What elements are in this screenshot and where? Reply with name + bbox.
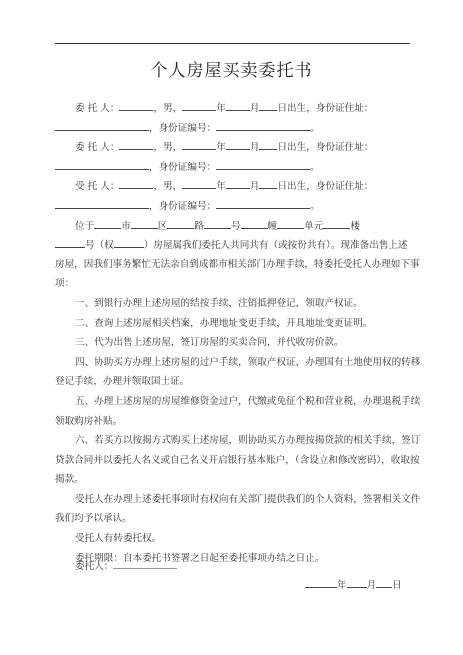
property-line-4: 项： bbox=[55, 274, 410, 294]
birth-day-blank[interactable] bbox=[259, 98, 277, 111]
header-rule bbox=[55, 43, 410, 44]
ownership-text: ）房屋属我们委托人共同共有（或按份共有）。现准备出售上述 bbox=[144, 240, 408, 251]
item-1: 一、到银行办理上述房屋的结按手续，注销抵押登记，领取产权证。 bbox=[55, 294, 410, 314]
number-label: 号 bbox=[231, 221, 241, 232]
month-label: 月 bbox=[250, 103, 260, 114]
name-blank[interactable] bbox=[119, 176, 153, 189]
year-label: 年 bbox=[216, 181, 226, 192]
year-label: 年 bbox=[216, 142, 226, 153]
unit-label: 单元 bbox=[304, 221, 323, 232]
road-blank[interactable] bbox=[167, 216, 194, 229]
district-label: 区 bbox=[158, 221, 168, 232]
birth-month-blank[interactable] bbox=[226, 98, 250, 111]
room-label: 号（权 bbox=[85, 240, 114, 251]
item-3: 三、代为出售上述房屋，签订房屋的买卖合同，并代收房价款。 bbox=[55, 333, 410, 353]
item-2: 二、查询上述房屋相关档案，办理地址变更手续，开具地址变更证明。 bbox=[55, 314, 410, 334]
authority-paragraph: 受托人在办理上述委托事项时有权向有关部门提供我们的个人资料，签署相关文件 bbox=[55, 490, 410, 510]
principal-2-line-2: ，身份证编号：。 bbox=[55, 157, 410, 177]
property-line-1: 位于市区路号幢单元楼 bbox=[55, 216, 410, 236]
floor-blank[interactable] bbox=[323, 216, 350, 229]
date-month-blank[interactable] bbox=[347, 575, 367, 588]
period: 。 bbox=[310, 201, 320, 212]
principal-1-line-1: 委 托 人：，男，年月日出生，身份证住址： bbox=[55, 98, 410, 118]
signature-label: 委托人： bbox=[75, 561, 113, 572]
item-4-cont: 登记手续，办理并领取国土证。 bbox=[55, 372, 410, 392]
principal-label: 委 托 人： bbox=[75, 142, 119, 153]
building-blank[interactable] bbox=[241, 216, 268, 229]
name-blank[interactable] bbox=[119, 98, 153, 111]
item-5: 五、办理上述房屋的房屋维修资金过户，代缴或免征个税和营业税，办理退税手续 bbox=[55, 392, 410, 412]
building-label: 幢 bbox=[268, 221, 278, 232]
item-4: 四、协助买方办理上述房屋的过户手续，领取产权证，办理国有土地使用权的转移 bbox=[55, 353, 410, 373]
district-blank[interactable] bbox=[131, 216, 158, 229]
item-6-cont-1: 贷款合同并以委托人名义或自己名义开启银行基本账户，（含设立和修改密码），收取按 bbox=[55, 451, 410, 471]
agent-line-2: ，身份证编号：。 bbox=[55, 196, 410, 216]
id-number-blank[interactable] bbox=[216, 118, 310, 131]
floor-label: 楼 bbox=[350, 221, 360, 232]
room-blank[interactable] bbox=[55, 235, 85, 248]
period: 。 bbox=[310, 123, 320, 134]
birth-day-blank[interactable] bbox=[259, 137, 277, 150]
birth-year-blank[interactable] bbox=[182, 98, 216, 111]
unit-blank[interactable] bbox=[277, 216, 304, 229]
road-label: 路 bbox=[194, 221, 204, 232]
number-blank[interactable] bbox=[204, 216, 231, 229]
sub-delegation-paragraph: 受托人有转委托权。 bbox=[55, 529, 410, 549]
item-6-cont-2: 揭款。 bbox=[55, 470, 410, 490]
agent-line-1: 受 托 人：，男，年月日出生，身份证住址： bbox=[55, 176, 410, 196]
birth-year-blank[interactable] bbox=[182, 137, 216, 150]
sex-text: ，男， bbox=[153, 142, 182, 153]
birth-address-label: 日出生，身份证住址： bbox=[277, 181, 373, 192]
year-label: 年 bbox=[216, 103, 226, 114]
date-line: 年月日 bbox=[305, 575, 402, 591]
property-line-3: 房屋，因我们事务繁忙无法亲自到成都市相关部门办理手续，特委托受托人办理如下事 bbox=[55, 255, 410, 275]
city-blank[interactable] bbox=[94, 216, 121, 229]
address-blank[interactable] bbox=[55, 118, 149, 131]
date-month-label: 月 bbox=[367, 580, 377, 591]
sex-text: ，男， bbox=[153, 181, 182, 192]
principal-label: 委 托 人： bbox=[75, 103, 119, 114]
id-label: ，身份证编号： bbox=[149, 123, 216, 134]
item-5-cont: 领取购房补贴。 bbox=[55, 412, 410, 432]
document-body: 委 托 人：，男，年月日出生，身份证住址： ，身份证编号：。 委 托 人：，男，… bbox=[55, 98, 410, 568]
month-label: 月 bbox=[250, 181, 260, 192]
birth-address-label: 日出生，身份证住址： bbox=[277, 142, 373, 153]
sex-text: ，男， bbox=[153, 103, 182, 114]
city-label: 市 bbox=[121, 221, 131, 232]
birth-address-label: 日出生，身份证住址： bbox=[277, 103, 373, 114]
birth-month-blank[interactable] bbox=[226, 176, 250, 189]
id-label: ，身份证编号： bbox=[149, 162, 216, 173]
date-day-blank[interactable] bbox=[376, 575, 392, 588]
principal-2-line-1: 委 托 人：，男，年月日出生，身份证住址： bbox=[55, 137, 410, 157]
signature-line: 委托人： bbox=[75, 556, 177, 572]
id-label: ，身份证编号： bbox=[149, 201, 216, 212]
id-number-blank[interactable] bbox=[216, 157, 310, 170]
agent-label: 受 托 人： bbox=[75, 181, 119, 192]
item-6: 六、若买方以按揭方式购买上述房屋，则协助买方办理按揭贷款的相关手续，签订 bbox=[55, 431, 410, 451]
birth-year-blank[interactable] bbox=[182, 176, 216, 189]
address-blank[interactable] bbox=[55, 196, 149, 209]
located-label: 位于 bbox=[75, 221, 94, 232]
date-day-label: 日 bbox=[392, 580, 402, 591]
address-blank[interactable] bbox=[55, 157, 149, 170]
birth-day-blank[interactable] bbox=[259, 176, 277, 189]
month-label: 月 bbox=[250, 142, 260, 153]
name-blank[interactable] bbox=[119, 137, 153, 150]
signature-blank[interactable] bbox=[113, 556, 177, 569]
property-line-2: 号（权）房屋属我们委托人共同共有（或按份共有）。现准备出售上述 bbox=[55, 235, 410, 255]
principal-1-line-2: ，身份证编号：。 bbox=[55, 118, 410, 138]
id-number-blank[interactable] bbox=[216, 196, 310, 209]
authority-paragraph-cont: 我们均予以承认。 bbox=[55, 509, 410, 529]
period: 。 bbox=[310, 162, 320, 173]
date-year-blank[interactable] bbox=[305, 575, 337, 588]
document-title: 个人房屋买卖委托书 bbox=[0, 56, 463, 81]
title-number-blank[interactable] bbox=[114, 235, 144, 248]
date-year-label: 年 bbox=[337, 580, 347, 591]
birth-month-blank[interactable] bbox=[226, 137, 250, 150]
